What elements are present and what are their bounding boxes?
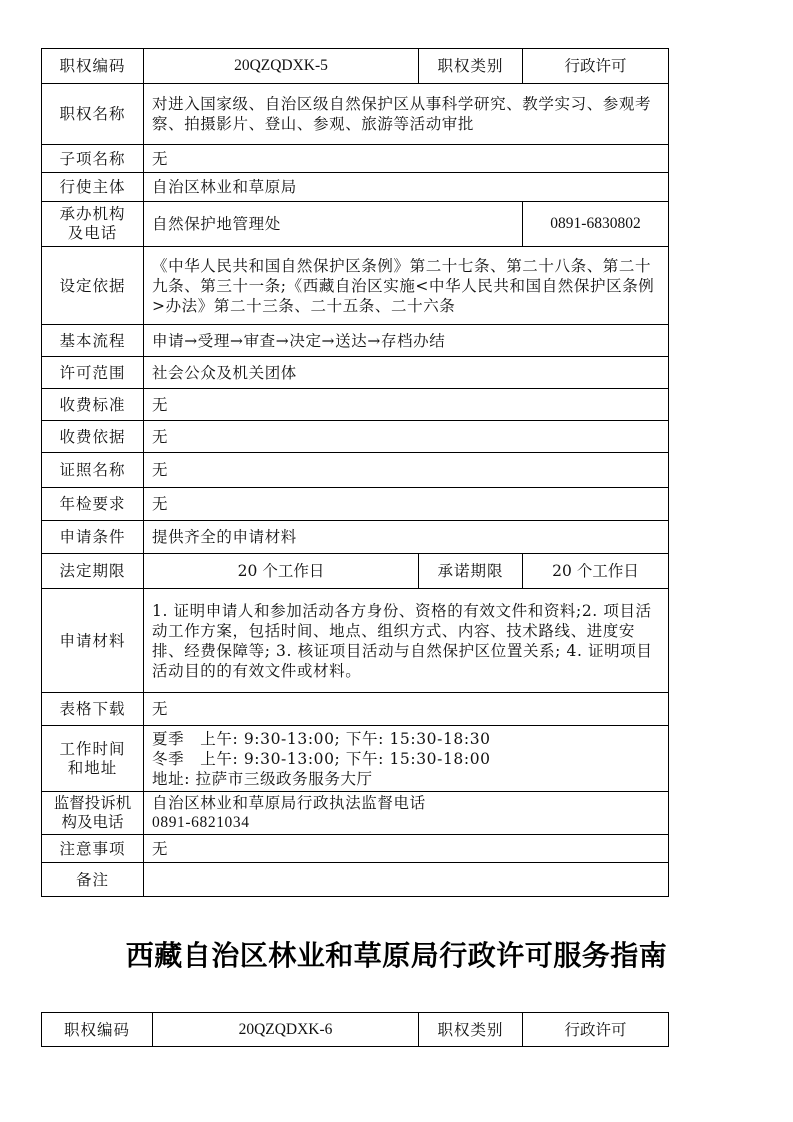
document-title: 西藏自治区林业和草原局行政许可服务指南 [0,934,793,974]
complaint-org: 自治区林业和草原局行政执法监督电话 [152,793,660,813]
subject-label: 行使主体 [42,173,144,202]
code-value-2: 20QZQDXK-6 [153,1013,419,1047]
process-value: 申请→受理→审查→决定→送达→存档办结 [144,325,669,357]
hours-line-winter: 冬季 上午: 9:30-13:00; 下午: 15:30-18:00 [152,749,660,769]
service-guide-table-2: 职权编码 20QZQDXK-6 职权类别 行政许可 [41,1012,669,1047]
scope-value: 社会公众及机关团体 [144,357,669,389]
legal-term-label: 法定期限 [42,554,144,589]
fee-basis-label: 收费依据 [42,421,144,453]
agency-value: 自然保护地管理处 [144,202,523,247]
row-code: 职权编码 20QZQDXK-5 职权类别 行政许可 [42,49,669,84]
subitem-value: 无 [144,145,669,173]
row-name: 职权名称 对进入国家级、自治区级自然保护区从事科学研究、教学实习、参观考察、拍摄… [42,84,669,145]
remark-value [144,863,669,897]
complaint-label: 监督投诉机构及电话 [42,792,144,835]
condition-label: 申请条件 [42,521,144,554]
promise-term-label: 承诺期限 [419,554,523,589]
row-subject: 行使主体 自治区林业和草原局 [42,173,669,202]
condition-value: 提供齐全的申请材料 [144,521,669,554]
scope-label: 许可范围 [42,357,144,389]
promise-term-value: 20 个工作日 [523,554,669,589]
row-process: 基本流程 申请→受理→审查→决定→送达→存档办结 [42,325,669,357]
code-value: 20QZQDXK-5 [144,49,419,84]
row-basis: 设定依据 《中华人民共和国自然保护区条例》第二十七条、第二十八条、第二十九条、第… [42,247,669,325]
row-remark: 备注 [42,863,669,897]
row-scope: 许可范围 社会公众及机关团体 [42,357,669,389]
materials-label: 申请材料 [42,589,144,693]
row-fee-standard: 收费标准 无 [42,389,669,421]
row-form-download: 表格下载 无 [42,693,669,726]
type-value: 行政许可 [523,49,669,84]
materials-value: 1. 证明申请人和参加活动各方身份、资格的有效文件和资料;2. 项目活动工作方案… [144,589,669,693]
subitem-label: 子项名称 [42,145,144,173]
type-label-2: 职权类别 [419,1013,523,1047]
complaint-value: 自治区林业和草原局行政执法监督电话 0891-6821034 [144,792,669,835]
row-materials: 申请材料 1. 证明申请人和参加活动各方身份、资格的有效文件和资料;2. 项目活… [42,589,669,693]
type-value-2: 行政许可 [523,1013,669,1047]
code-label-2: 职权编码 [42,1013,153,1047]
form-download-label: 表格下载 [42,693,144,726]
fee-standard-value: 无 [144,389,669,421]
notes-value: 无 [144,835,669,863]
certificate-label: 证照名称 [42,453,144,488]
row-fee-basis: 收费依据 无 [42,421,669,453]
annual-check-value: 无 [144,488,669,521]
row-certificate: 证照名称 无 [42,453,669,488]
fee-basis-value: 无 [144,421,669,453]
agency-phone: 0891-6830802 [523,202,669,247]
row-annual-check: 年检要求 无 [42,488,669,521]
hours-line-address: 地址: 拉萨市三级政务服务大厅 [152,769,660,789]
annual-check-label: 年检要求 [42,488,144,521]
process-label: 基本流程 [42,325,144,357]
hours-label: 工作时间和地址 [42,726,144,792]
row-agency: 承办机构及电话 自然保护地管理处 0891-6830802 [42,202,669,247]
row-term: 法定期限 20 个工作日 承诺期限 20 个工作日 [42,554,669,589]
row-condition: 申请条件 提供齐全的申请材料 [42,521,669,554]
row-complaint: 监督投诉机构及电话 自治区林业和草原局行政执法监督电话 0891-6821034 [42,792,669,835]
subject-value: 自治区林业和草原局 [144,173,669,202]
row-code-2: 职权编码 20QZQDXK-6 职权类别 行政许可 [42,1013,669,1047]
service-guide-table-1: 职权编码 20QZQDXK-5 职权类别 行政许可 职权名称 对进入国家级、自治… [41,48,669,897]
complaint-phone: 0891-6821034 [152,813,660,833]
type-label: 职权类别 [419,49,523,84]
form-download-value: 无 [144,693,669,726]
notes-label: 注意事项 [42,835,144,863]
hours-line-summer: 夏季 上午: 9:30-13:00; 下午: 15:30-18:30 [152,729,660,749]
agency-label: 承办机构及电话 [42,202,144,247]
name-label: 职权名称 [42,84,144,145]
hours-value: 夏季 上午: 9:30-13:00; 下午: 15:30-18:30 冬季 上午… [144,726,669,792]
fee-standard-label: 收费标准 [42,389,144,421]
row-subitem: 子项名称 无 [42,145,669,173]
row-hours: 工作时间和地址 夏季 上午: 9:30-13:00; 下午: 15:30-18:… [42,726,669,792]
row-notes: 注意事项 无 [42,835,669,863]
code-label: 职权编码 [42,49,144,84]
remark-label: 备注 [42,863,144,897]
certificate-value: 无 [144,453,669,488]
legal-term-value: 20 个工作日 [144,554,419,589]
name-value: 对进入国家级、自治区级自然保护区从事科学研究、教学实习、参观考察、拍摄影片、登山… [144,84,669,145]
basis-label: 设定依据 [42,247,144,325]
basis-value: 《中华人民共和国自然保护区条例》第二十七条、第二十八条、第二十九条、第三十一条;… [144,247,669,325]
